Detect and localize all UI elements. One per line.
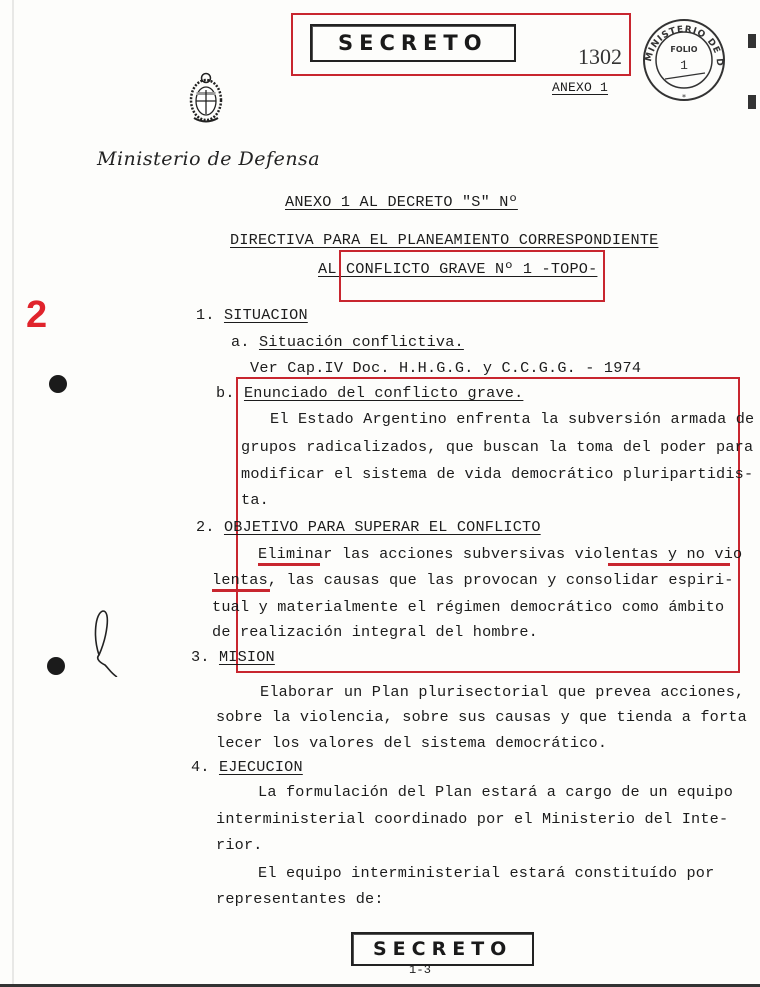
seal-icon: MINISTERIO DE DEFENSA FOLIO 1 * bbox=[641, 17, 727, 103]
binder-hole-dot bbox=[47, 657, 65, 675]
section-3-heading: 3. MISION bbox=[191, 648, 275, 666]
highlighted-word: lentas, bbox=[212, 571, 277, 589]
section-number: 3. bbox=[191, 648, 210, 666]
paragraph-line: ta. bbox=[241, 491, 269, 509]
subsection-title: Enunciado del conflicto grave. bbox=[244, 384, 523, 402]
section-number: 1. bbox=[196, 306, 215, 324]
highlight-box-conflict bbox=[339, 250, 605, 302]
text-run: las acciones subversivas violentas bbox=[333, 545, 668, 563]
paragraph-line: La formulación del Plan estará a cargo d… bbox=[258, 783, 733, 801]
annex-label: ANEXO 1 bbox=[552, 80, 608, 95]
section-number: 2. bbox=[196, 518, 215, 536]
ministry-seal-stamp: MINISTERIO DE DEFENSA FOLIO 1 * bbox=[641, 17, 727, 103]
ministry-name: Ministerio de Defensa bbox=[97, 148, 320, 170]
document-number: 1302 bbox=[578, 44, 622, 70]
paragraph-line: lentas, las causas que las provocan y co… bbox=[212, 571, 734, 589]
section-title: SITUACION bbox=[224, 306, 308, 324]
section-number: 4. bbox=[191, 758, 210, 776]
paragraph-line: interministerial coordinado por el Minis… bbox=[216, 810, 728, 828]
subsection-1a-text: Ver Cap.IV Doc. H.H.G.G. y C.C.G.G. - 19… bbox=[250, 359, 641, 377]
section-title: OBJETIVO PARA SUPERAR EL CONFLICTO bbox=[224, 518, 541, 536]
svg-text:FOLIO: FOLIO bbox=[670, 45, 697, 54]
paragraph-line: lecer los valores del sistema democrátic… bbox=[216, 734, 607, 752]
page-marker-label: 2 bbox=[26, 294, 47, 337]
red-underline bbox=[212, 589, 270, 592]
section-title: MISION bbox=[219, 648, 275, 666]
highlighted-word: Eliminar bbox=[258, 545, 333, 563]
text-run: las causas que las provocan y consolidar… bbox=[277, 571, 733, 589]
section-title: EJECUCION bbox=[219, 758, 303, 776]
edge-mark bbox=[748, 34, 756, 48]
paragraph-line: rior. bbox=[216, 836, 263, 854]
subsection-1b-heading: b. Enunciado del conflicto grave. bbox=[216, 384, 523, 402]
section-2-heading: 2. OBJETIVO PARA SUPERAR EL CONFLICTO bbox=[196, 518, 541, 536]
highlighted-phrase: y no vio bbox=[668, 545, 743, 563]
classification-stamp-bottom: SECRETO bbox=[351, 932, 534, 966]
subsection-title: Situación conflictiva. bbox=[259, 333, 464, 351]
paragraph-line: Elaborar un Plan plurisectorial que prev… bbox=[260, 683, 744, 701]
subsection-letter: b. bbox=[216, 384, 235, 402]
paragraph-line: tual y materialmente el régimen democrát… bbox=[212, 598, 724, 616]
edge-mark bbox=[748, 95, 756, 109]
directive-title: DIRECTIVA PARA EL PLANEAMIENTO CORRESPON… bbox=[230, 231, 658, 249]
paragraph-line: modificar el sistema de vida democrático… bbox=[241, 465, 753, 483]
red-underline bbox=[608, 563, 730, 566]
paragraph-line: de realización integral del hombre. bbox=[212, 623, 538, 641]
svg-text:1: 1 bbox=[680, 58, 688, 73]
section-1-heading: 1. SITUACION bbox=[196, 306, 308, 324]
paragraph-line: El equipo interministerial estará consti… bbox=[258, 864, 714, 882]
paragraph-line: representantes de: bbox=[216, 890, 384, 908]
red-underline bbox=[258, 563, 320, 566]
argentina-coat-of-arms-icon bbox=[188, 70, 224, 131]
signature-initial bbox=[85, 607, 125, 682]
subsection-letter: a. bbox=[231, 333, 250, 351]
section-4-heading: 4. EJECUCION bbox=[191, 758, 303, 776]
binder-hole-dot bbox=[49, 375, 67, 393]
page-edge bbox=[12, 0, 14, 987]
paragraph-line: grupos radicalizados, que buscan la toma… bbox=[241, 438, 753, 456]
page-number: 1-3 bbox=[409, 963, 431, 977]
svg-text:*: * bbox=[682, 93, 686, 102]
annex-title: ANEXO 1 AL DECRETO "S" Nº bbox=[285, 193, 518, 211]
paragraph-line: El Estado Argentino enfrenta la subversi… bbox=[270, 410, 754, 428]
paragraph-line: Eliminar las acciones subversivas violen… bbox=[258, 545, 742, 563]
classification-stamp-top: SECRETO bbox=[310, 24, 516, 62]
subsection-1a-heading: a. Situación conflictiva. bbox=[231, 333, 464, 351]
paragraph-line: sobre la violencia, sobre sus causas y q… bbox=[216, 708, 747, 726]
